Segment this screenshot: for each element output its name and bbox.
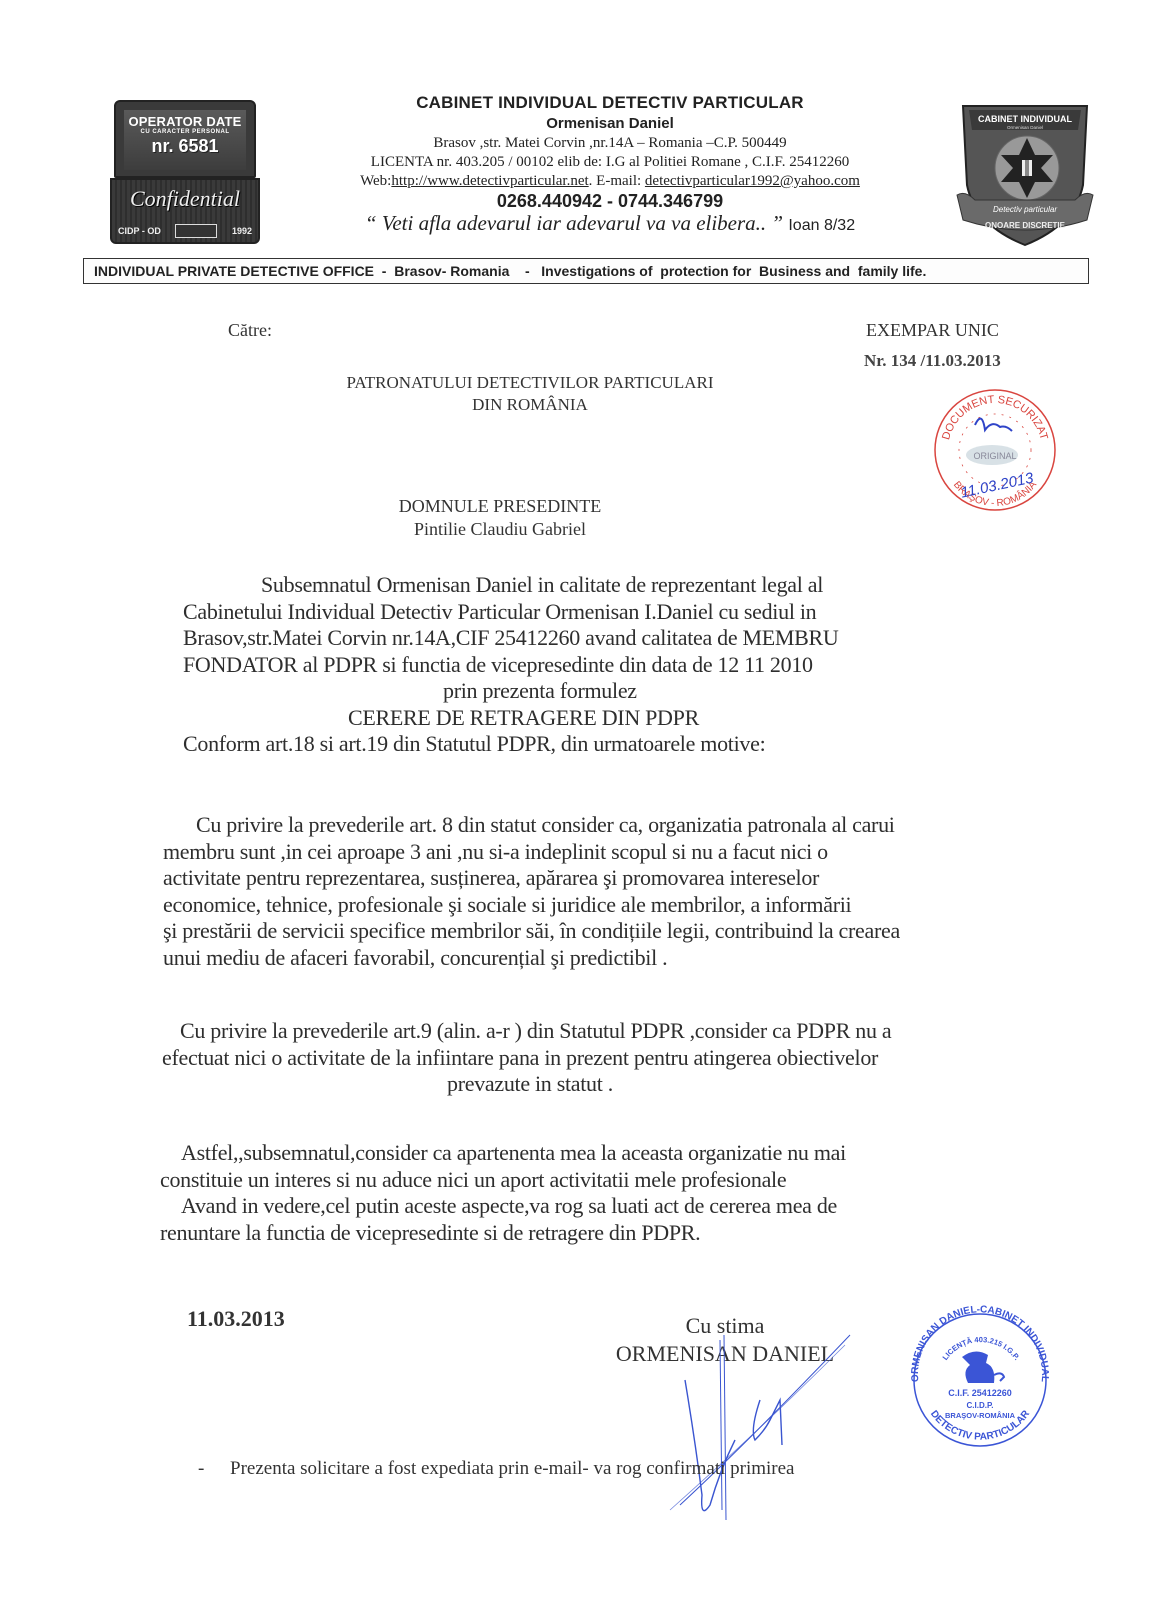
svg-text:Ormenisan Daniel: Ormenisan Daniel bbox=[1007, 125, 1043, 130]
operator-date-badge: OPERATOR DATE CU CARACTER PERSONAL nr. 6… bbox=[110, 98, 260, 248]
art8-line: şi prestării de servicii specifice membr… bbox=[163, 918, 900, 945]
handwritten-signature bbox=[640, 1330, 870, 1530]
conclusion-line: Avand in vedere,cel putin aceste aspecte… bbox=[160, 1193, 846, 1220]
footnote-text: Prezenta solicitare a fost expediata pri… bbox=[230, 1458, 794, 1479]
addressee-name: Pintilie Claudiu Gabriel bbox=[300, 518, 700, 541]
art9-line: Cu privire la prevederile art.9 (alin. a… bbox=[162, 1018, 891, 1045]
paragraph-art9: Cu privire la prevederile art.9 (alin. a… bbox=[162, 1018, 891, 1098]
art8-line: economice, tehnice, profesionale şi soci… bbox=[163, 892, 900, 919]
motto: “ Veti afla adevarul iar adevarul va va … bbox=[270, 211, 950, 238]
badge-footer-left: CIDP - OD bbox=[118, 226, 161, 236]
badge-title: OPERATOR DATE bbox=[124, 114, 246, 129]
art8-line: activitate pentru reprezentarea, susține… bbox=[163, 865, 900, 892]
badge-number: nr. 6581 bbox=[124, 136, 246, 157]
svg-text:ORIGINAL: ORIGINAL bbox=[973, 451, 1016, 461]
registration-number: Nr. 134 /11.03.2013 bbox=[864, 351, 1001, 371]
bullet-dash: - bbox=[198, 1458, 230, 1480]
motto-reference: Ioan 8/32 bbox=[788, 217, 855, 234]
intro-line: Brasov,str.Matei Corvin nr.14A,CIF 25412… bbox=[183, 625, 839, 652]
conform-line: Conform art.18 si art.19 din Statutul PD… bbox=[183, 731, 839, 758]
badge-subtitle: CU CARACTER PERSONAL bbox=[124, 129, 246, 135]
svg-text:ONOARE DISCRETIE: ONOARE DISCRETIE bbox=[985, 221, 1066, 230]
svg-text:BRAŞOV-ROMÂNIA: BRAŞOV-ROMÂNIA bbox=[945, 1411, 1016, 1420]
letter-date: 11.03.2013 bbox=[187, 1306, 285, 1332]
email-link[interactable]: detectivparticular1992@yahoo.com bbox=[645, 173, 860, 189]
company-address: Brasov ,str. Matei Corvin ,nr.14A – Roma… bbox=[270, 134, 950, 153]
request-title: CERERE DE RETRAGERE DIN PDPR bbox=[183, 705, 839, 732]
cabinet-round-stamp: ORMENISAN DANIEL-CABINET INDIVIDUAL DETE… bbox=[900, 1305, 1060, 1450]
art8-line: membru sunt ,in cei aproape 3 ani ,nu si… bbox=[163, 839, 900, 866]
touchpad-icon bbox=[175, 224, 217, 238]
conclusion-line: Astfel,,subsemnatul,consider ca apartene… bbox=[160, 1140, 846, 1167]
copy-label: EXEMPAR UNIC bbox=[866, 320, 999, 341]
art9-line: prevazute in statut . bbox=[162, 1071, 891, 1098]
conclusion-line: renuntare la functia de vicepresedinte s… bbox=[160, 1220, 846, 1247]
art8-line: Cu privire la prevederile art. 8 din sta… bbox=[163, 812, 900, 839]
laptop-keyboard-graphic: Confidential CIDP - OD 1992 bbox=[110, 178, 260, 244]
recipient-block: PATRONATULUI DETECTIVILOR PARTICULARI DI… bbox=[270, 372, 790, 416]
art9-line: efectuat nici o activitate de la infiint… bbox=[162, 1045, 891, 1072]
company-contacts: Web:http://www.detectivparticular.net. E… bbox=[270, 172, 950, 191]
company-phones: 0268.440942 - 0744.346799 bbox=[270, 191, 950, 211]
email-label: . E-mail: bbox=[589, 173, 645, 189]
addressee-block: DOMNULE PRESEDINTE Pintilie Claudiu Gabr… bbox=[300, 495, 700, 541]
to-label: Către: bbox=[228, 320, 272, 341]
motto-text: “ Veti afla adevarul iar adevarul va va … bbox=[365, 211, 783, 235]
svg-text:Detectiv particular: Detectiv particular bbox=[993, 205, 1057, 214]
letter-body: Subsemnatul Ormenisan Daniel in calitate… bbox=[183, 572, 839, 758]
svg-text:C.I.D.P.: C.I.D.P. bbox=[967, 1401, 994, 1410]
company-license: LICENTA nr. 403.205 / 00102 elib de: I.G… bbox=[270, 153, 950, 172]
company-title: CABINET INDIVIDUAL DETECTIV PARTICULAR bbox=[270, 92, 950, 114]
intro-line: Cabinetului Individual Detectiv Particul… bbox=[183, 599, 839, 626]
laptop-screen-graphic: OPERATOR DATE CU CARACTER PERSONAL nr. 6… bbox=[114, 100, 256, 178]
web-label: Web: bbox=[360, 173, 391, 189]
badge-footer-right: 1992 bbox=[232, 226, 252, 236]
svg-text:C.I.F. 25412260: C.I.F. 25412260 bbox=[948, 1388, 1012, 1398]
letterhead: CABINET INDIVIDUAL DETECTIV PARTICULAR O… bbox=[270, 92, 950, 238]
footnote: -Prezenta solicitare a fost expediata pr… bbox=[198, 1458, 794, 1480]
paragraph-conclusion: Astfel,,subsemnatul,consider ca apartene… bbox=[160, 1140, 846, 1246]
detective-shield-emblem: CABINET INDIVIDUAL Ormenisan Daniel Dete… bbox=[955, 100, 1095, 250]
recipient-line-1: PATRONATULUI DETECTIVILOR PARTICULARI bbox=[270, 372, 790, 394]
recipient-line-2: DIN ROMÂNIA bbox=[270, 394, 790, 416]
intro-line: FONDATOR al PDPR si functia de viceprese… bbox=[183, 652, 839, 679]
svg-text:CABINET INDIVIDUAL: CABINET INDIVIDUAL bbox=[978, 114, 1073, 124]
art8-line: unui mediu de afaceri favorabil, concure… bbox=[163, 945, 900, 972]
addressee-title: DOMNULE PRESEDINTE bbox=[300, 495, 700, 518]
conclusion-line: constituie un interes si nu aduce nici u… bbox=[160, 1167, 846, 1194]
web-link[interactable]: http://www.detectivparticular.net bbox=[391, 173, 588, 189]
badge-confidential: Confidential bbox=[112, 186, 258, 212]
intro-line: Subsemnatul Ormenisan Daniel in calitate… bbox=[183, 572, 839, 599]
formulation-line: prin prezenta formulez bbox=[183, 678, 839, 705]
company-owner: Ormenisan Daniel bbox=[270, 114, 950, 134]
svg-text:DOCUMENT SECURIZAT: DOCUMENT SECURIZAT bbox=[940, 394, 1050, 442]
office-banner: INDIVIDUAL PRIVATE DETECTIVE OFFICE - Br… bbox=[83, 258, 1089, 284]
security-stamp: DOCUMENT SECURIZAT BRAŞOV - ROMÂNIA ORIG… bbox=[930, 385, 1060, 515]
paragraph-art8: Cu privire la prevederile art. 8 din sta… bbox=[163, 812, 900, 971]
